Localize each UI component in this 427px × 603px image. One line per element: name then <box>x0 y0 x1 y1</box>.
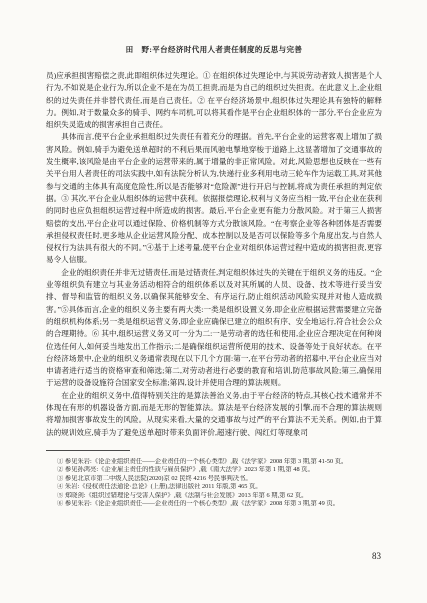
footnote: ④ 朱岩:《侵权责任法通论·总论》(上册),法律出版社 2011 年版,第 46… <box>57 483 382 491</box>
running-header: 田 野:平台经济时代用人者责任制度的反思与完善 <box>46 44 382 55</box>
footnotes-block: ① 参见朱岩:《论企业组织责任——企业责任的一个核心类型》,载《法学家》2008… <box>46 458 382 508</box>
footnote: ⑤ 郑晓剑:《组织过错理论与受害人保护》,载《法制与社会发展》2013 年第 6… <box>57 492 382 500</box>
article-body: 员)应承担损害赔偿之责,此即组织体过失理论。① 在组织体过失理论中,与其说劳动者… <box>46 70 382 439</box>
page-number: 83 <box>372 551 381 561</box>
footnote: ② 参见孙鸿亮:《企业雇主责任的性质与雇员保护》,载《南大法学》2023 年第 … <box>57 466 382 474</box>
footnote-divider <box>46 450 130 451</box>
body-paragraph: 具体而言,使平台企业承担组织过失责任有着充分的理据。首先,平台企业的运营客观上增… <box>46 131 382 266</box>
footnote: ① 参见朱岩:《论企业组织责任——企业责任的一个核心类型》,载《法学家》2008… <box>57 458 382 466</box>
journal-page: 田 野:平台经济时代用人者责任制度的反思与完善 员)应承担损害赔偿之责,此即组织… <box>0 0 427 603</box>
body-paragraph: 员)应承担损害赔偿之责,此即组织体过失理论。① 在组织体过失理论中,与其说劳动者… <box>46 70 382 131</box>
body-paragraph: 企业的组织责任并非无过错责任,而是过错责任,判定组织体过失的关键在于组织义务的违… <box>46 267 382 390</box>
footnote: ③ 参见北京市第二中级人民法院(2020)京 02 民终 4216 号民事判决书… <box>57 475 382 483</box>
body-paragraph: 在企业的组织义务中,值得特别关注的是算法善治义务,由于平台经济的特点,其核心技术… <box>46 390 382 439</box>
footnote: ⑥ 参见朱岩:《论企业组织责任——企业责任的一个核心类型》,载《法学家》2008… <box>57 500 382 508</box>
